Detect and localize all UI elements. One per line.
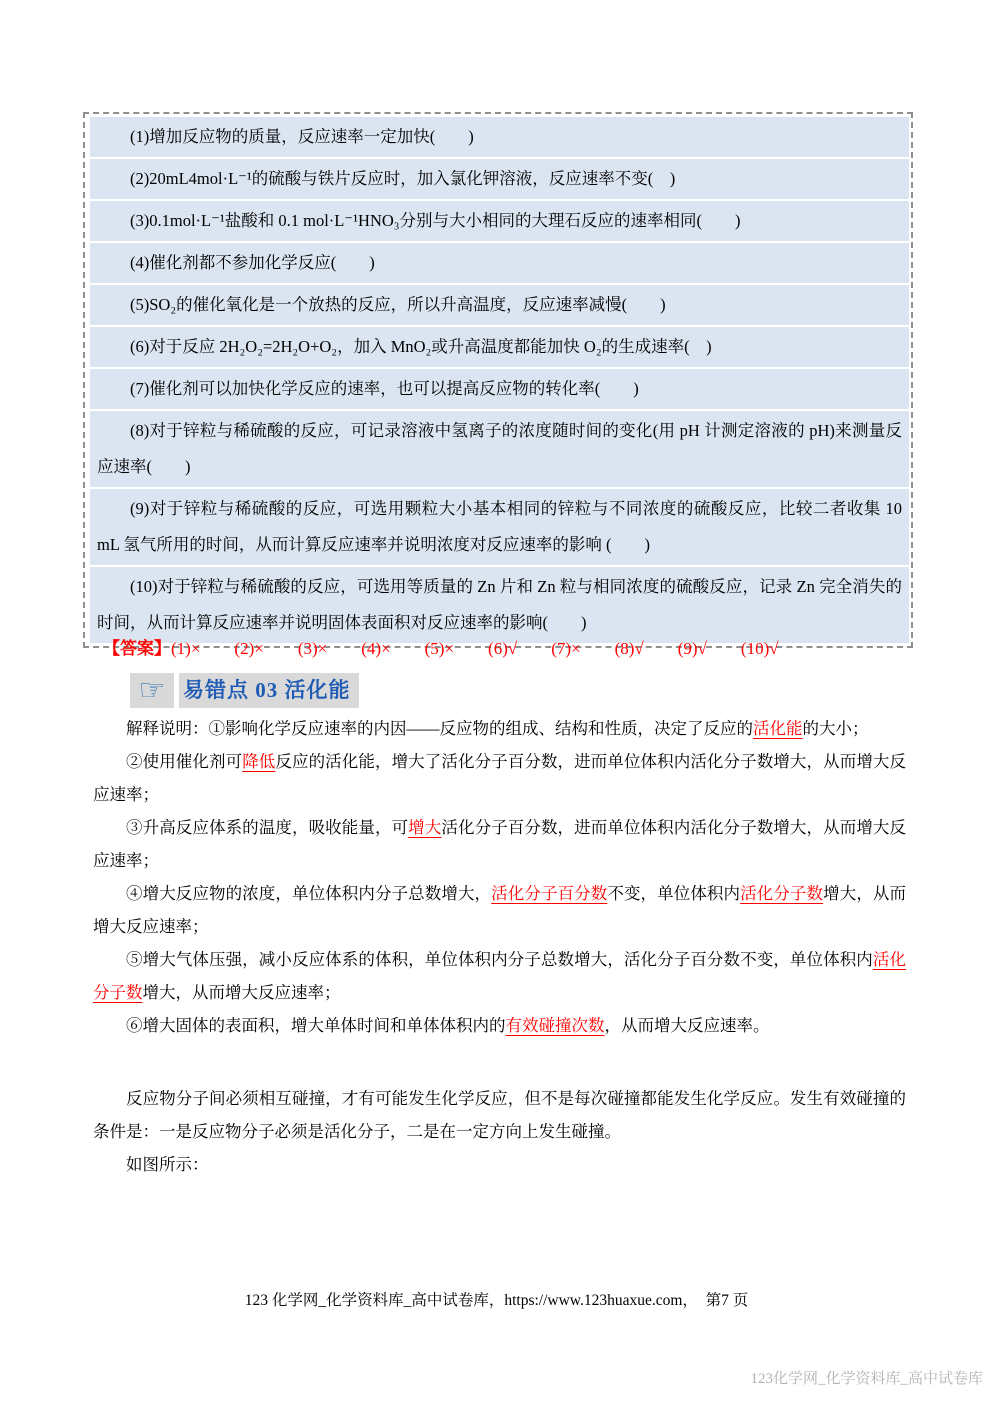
quiz-row-8: (8)对于锌粒与稀硫酸的反应，可记录溶液中氢离子的浓度随时间的变化(用 pH 计… [90, 411, 909, 489]
quiz-row-4: (4)催化剂都不参加化学反应( ) [90, 243, 909, 285]
explanation-body: 解释说明：①影响化学反应速率的内因——反应物的组成、结构和性质，决定了反应的活化… [93, 712, 906, 1181]
collision-paragraph: 反应物分子间必须相互碰撞，才有可能发生化学反应，但不是每次碰撞都能发生化学反应。… [93, 1082, 906, 1148]
explanation-paragraph-5: ⑤增大气体压强，减小反应体系的体积，单位体积内分子总数增大，活化分子百分数不变，… [93, 943, 906, 1009]
explanation-paragraph-6: ⑥增大固体的表面积，增大单体时间和单体体积内的有效碰撞次数，从而增大反应速率。 [93, 1009, 906, 1042]
quiz-row-2: (2)20mL4mol·L⁻¹的硫酸与铁片反应时，加入氯化钾溶液，反应速率不变(… [90, 159, 909, 201]
explanation-paragraph-3: ③升高反应体系的温度，吸收能量，可增大活化分子百分数，进而单位体积内活化分子数增… [93, 811, 906, 877]
answer-label: 【答案】 [103, 639, 171, 658]
quiz-row-5: (5)SO₂的催化氧化是一个放热的反应，所以升高温度，反应速率减慢( ) [90, 285, 909, 327]
explanation-paragraph-1: 解释说明：①影响化学反应速率的内因——反应物的组成、结构和性质，决定了反应的活化… [93, 712, 906, 745]
quiz-row-10: (10)对于锌粒与稀硫酸的反应，可选用等质量的 Zn 片和 Zn 粒与相同浓度的… [90, 567, 909, 643]
section-header: ☞ 易错点 03 活化能 [130, 673, 359, 708]
pointing-hand-icon: ☞ [130, 673, 174, 708]
watermark: 123化学网_化学资料库_高中试卷库 [750, 1367, 983, 1388]
quiz-row-6: (6)对于反应 2H₂O₂=2H₂O+O₂，加入 MnO₂或升高温度都能加快 O… [90, 327, 909, 369]
explanation-paragraph-4: ④增大反应物的浓度，单位体积内分子总数增大，活化分子百分数不变，单位体积内活化分… [93, 877, 906, 943]
answer-line: 【答案】(1)× (2)× (3)× (4)× (5)× (6)√ (7)× (… [103, 636, 913, 662]
answer-items: (1)× (2)× (3)× (4)× (5)× (6)√ (7)× (8)√ … [171, 639, 779, 658]
quiz-statements-box: (1)增加反应物的质量，反应速率一定加快( ) (2)20mL4mol·L⁻¹的… [83, 112, 913, 648]
figure-lead-in: 如图所示： [93, 1148, 906, 1181]
quiz-row-7: (7)催化剂可以加快化学反应的速率，也可以提高反应物的转化率( ) [90, 369, 909, 411]
quiz-row-1: (1)增加反应物的质量，反应速率一定加快( ) [90, 117, 909, 159]
page-footer: 123 化学网_化学资料库_高中试卷库，https://www.123huaxu… [0, 1288, 993, 1310]
quiz-row-3: (3)0.1mol·L⁻¹盐酸和 0.1 mol·L⁻¹HNO₃分别与大小相同的… [90, 201, 909, 243]
quiz-row-9: (9)对于锌粒与稀硫酸的反应，可选用颗粒大小基本相同的锌粒与不同浓度的硫酸反应，… [90, 489, 909, 567]
section-title: 易错点 03 活化能 [179, 673, 359, 708]
explanation-paragraph-2: ②使用催化剂可降低反应的活化能，增大了活化分子百分数，进而单位体积内活化分子数增… [93, 745, 906, 811]
